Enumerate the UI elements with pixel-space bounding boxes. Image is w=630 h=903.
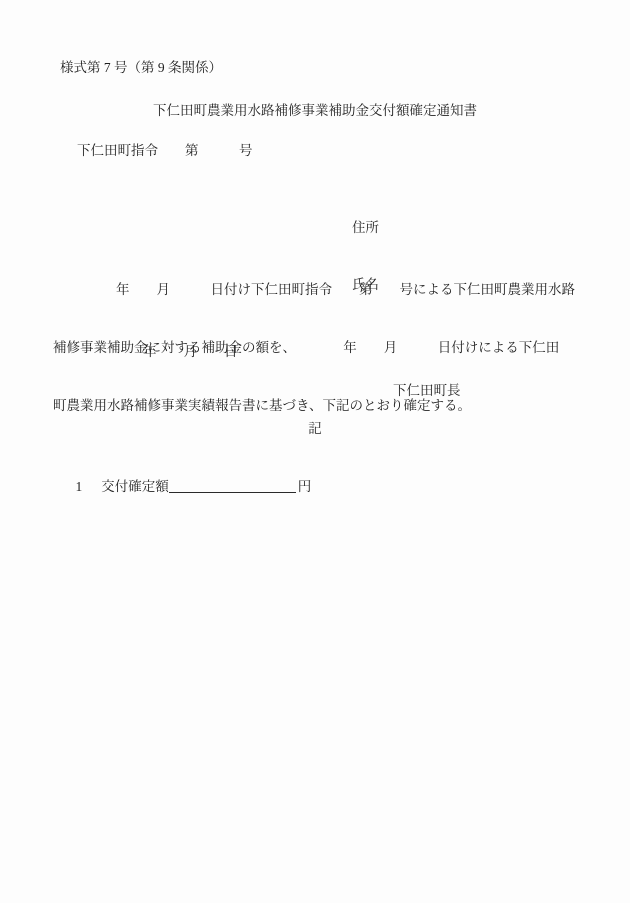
item-number: 1 [76, 477, 83, 496]
issuer-title: 下仁田町長 [393, 381, 461, 400]
form-number: 様式第 7 号（第 9 条関係） [60, 58, 222, 77]
body-line-1: 年 月 日付け下仁田町指令 第 号による下仁田町農業用水路 [53, 280, 598, 299]
item-label: 交付確定額 [101, 477, 169, 496]
body-line-2: 補修事業補助金に対する補助金の額を、 年 月 日付けによる下仁田 [53, 338, 598, 357]
document-page: 様式第 7 号（第 9 条関係） 下仁田町農業用水路補修事業補助金交付額確定通知… [0, 0, 630, 903]
item-row-1: 1交付確定額円 [62, 458, 311, 515]
section-marker-ki: 記 [0, 419, 630, 438]
body-line-3: 町農業用水路補修事業実績報告書に基づき、下記のとおり確定する。 [53, 396, 598, 415]
amount-blank-underline [169, 479, 296, 493]
directive-number-line: 下仁田町指令 第 号 [77, 141, 253, 160]
document-title: 下仁田町農業用水路補修事業補助金交付額確定通知書 [0, 101, 630, 120]
item-unit: 円 [298, 477, 312, 496]
issue-date-line: 年 月 日 [143, 342, 238, 361]
recipient-address-label: 住所 [352, 218, 379, 237]
